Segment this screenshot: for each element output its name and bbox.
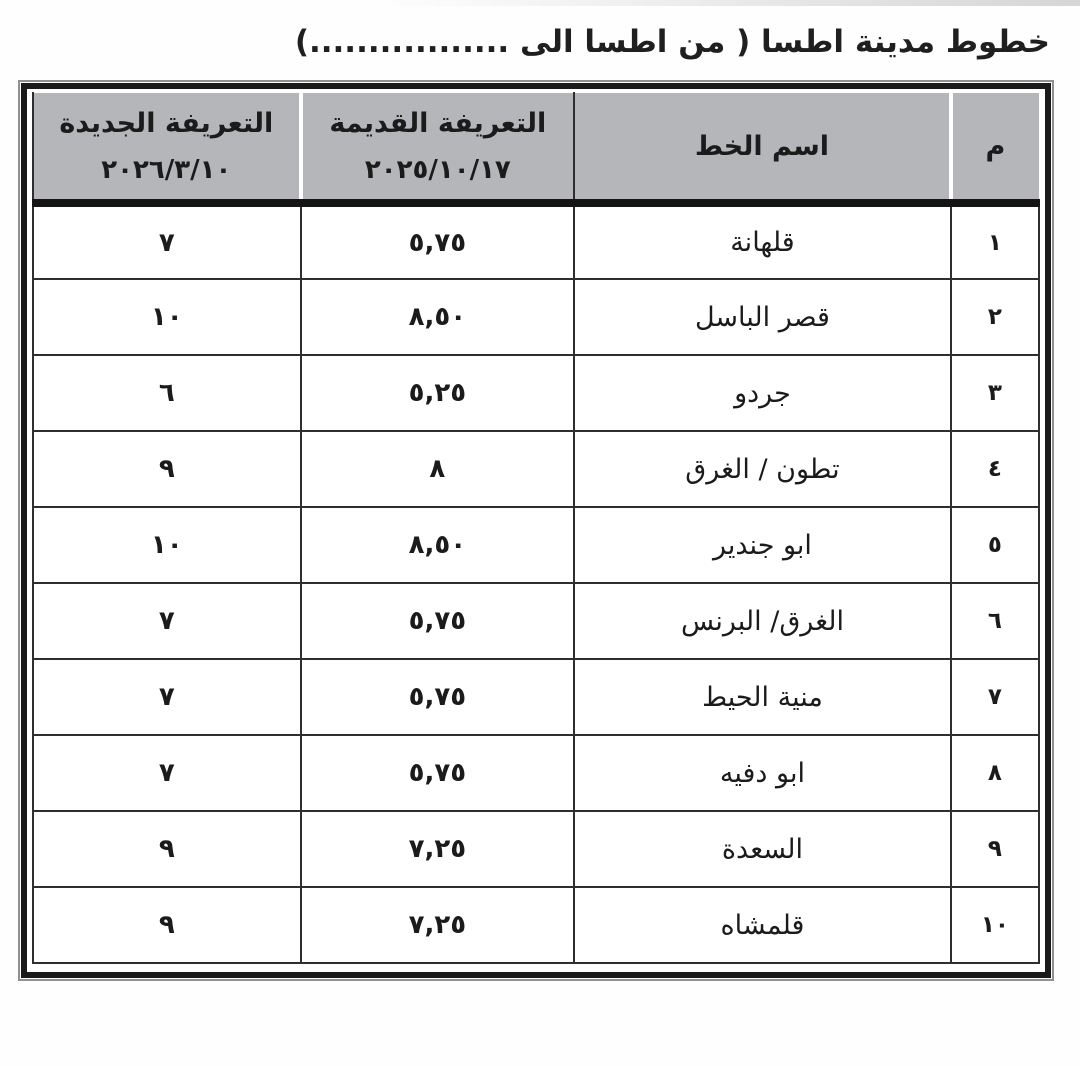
row-index-cell: ٦ xyxy=(951,583,1039,659)
new-tariff-cell: ١٠ xyxy=(33,507,301,583)
old-tariff-cell: ٥,٧٥ xyxy=(301,583,575,659)
table-row: ٢ قصر الباسل ٨,٥٠ ١٠ xyxy=(33,279,1039,355)
table-row: ١ قلهانة ٥,٧٥ ٧ xyxy=(33,203,1039,279)
line-name-cell: السعدة xyxy=(574,811,951,887)
new-tariff-cell: ٩ xyxy=(33,811,301,887)
tariff-table: م اسم الخط التعريفة القديمة ٢٠٢٥/١٠/١٧ ا… xyxy=(32,92,1040,964)
scan-artifact-streak xyxy=(0,0,1080,6)
row-index-cell: ١ xyxy=(951,203,1039,279)
old-tariff-cell: ٨,٥٠ xyxy=(301,279,575,355)
line-name-cell: الغرق/ البرنس xyxy=(574,583,951,659)
line-name-cell: قصر الباسل xyxy=(574,279,951,355)
row-index-cell: ٩ xyxy=(951,811,1039,887)
tariff-table-frame: م اسم الخط التعريفة القديمة ٢٠٢٥/١٠/١٧ ا… xyxy=(21,83,1051,978)
new-tariff-cell: ٦ xyxy=(33,355,301,431)
line-name-cell: قلمشاه xyxy=(574,887,951,963)
line-name-cell: ابو جندير xyxy=(574,507,951,583)
row-index-cell: ٣ xyxy=(951,355,1039,431)
table-body: ١ قلهانة ٥,٧٥ ٧ ٢ قصر الباسل ٨,٥٠ ١٠ ٣ ج… xyxy=(33,203,1039,963)
old-tariff-cell: ٥,٧٥ xyxy=(301,659,575,735)
table-row: ٣ جردو ٥,٢٥ ٦ xyxy=(33,355,1039,431)
table-row: ٨ ابو دفيه ٥,٧٥ ٧ xyxy=(33,735,1039,811)
old-tariff-cell: ٧,٢٥ xyxy=(301,811,575,887)
header-line-name: اسم الخط xyxy=(574,93,951,203)
old-tariff-cell: ٥,٧٥ xyxy=(301,203,575,279)
row-index-cell: ١٠ xyxy=(951,887,1039,963)
old-tariff-cell: ٥,٧٥ xyxy=(301,735,575,811)
row-index-cell: ٤ xyxy=(951,431,1039,507)
row-index-cell: ٧ xyxy=(951,659,1039,735)
old-tariff-cell: ٥,٢٥ xyxy=(301,355,575,431)
new-tariff-cell: ٩ xyxy=(33,431,301,507)
new-tariff-cell: ٩ xyxy=(33,887,301,963)
new-tariff-cell: ١٠ xyxy=(33,279,301,355)
header-new-tariff: التعريفة الجديدة ٢٠٢٦/٣/١٠ xyxy=(33,93,301,203)
row-index-cell: ٥ xyxy=(951,507,1039,583)
old-tariff-cell: ٨,٥٠ xyxy=(301,507,575,583)
table-row: ٥ ابو جندير ٨,٥٠ ١٠ xyxy=(33,507,1039,583)
tariff-table-outline: م اسم الخط التعريفة القديمة ٢٠٢٥/١٠/١٧ ا… xyxy=(18,80,1054,981)
line-name-cell: جردو xyxy=(574,355,951,431)
new-tariff-date: ٢٠٢٦/٣/١٠ xyxy=(101,155,231,185)
old-tariff-label: التعريفة القديمة xyxy=(329,108,546,139)
old-tariff-cell: ٨ xyxy=(301,431,575,507)
row-index-cell: ٨ xyxy=(951,735,1039,811)
row-index-cell: ٢ xyxy=(951,279,1039,355)
table-row: ٤ تطون / الغرق ٨ ٩ xyxy=(33,431,1039,507)
table-row: ٩ السعدة ٧,٢٥ ٩ xyxy=(33,811,1039,887)
line-name-cell: قلهانة xyxy=(574,203,951,279)
new-tariff-cell: ٧ xyxy=(33,583,301,659)
table-row: ١٠ قلمشاه ٧,٢٥ ٩ xyxy=(33,887,1039,963)
old-tariff-date: ٢٠٢٥/١٠/١٧ xyxy=(365,155,511,185)
new-tariff-cell: ٧ xyxy=(33,659,301,735)
header-old-tariff: التعريفة القديمة ٢٠٢٥/١٠/١٧ xyxy=(301,93,575,203)
document-title: خطوط مدينة اطسا ( من اطسا الى ..........… xyxy=(0,24,1050,60)
new-tariff-label: التعريفة الجديدة xyxy=(59,108,273,139)
line-name-cell: ابو دفيه xyxy=(574,735,951,811)
header-row: م اسم الخط التعريفة القديمة ٢٠٢٥/١٠/١٧ ا… xyxy=(33,93,1039,203)
line-name-cell: تطون / الغرق xyxy=(574,431,951,507)
table-row: ٦ الغرق/ البرنس ٥,٧٥ ٧ xyxy=(33,583,1039,659)
new-tariff-cell: ٧ xyxy=(33,735,301,811)
header-index: م xyxy=(951,93,1039,203)
new-tariff-cell: ٧ xyxy=(33,203,301,279)
old-tariff-cell: ٧,٢٥ xyxy=(301,887,575,963)
line-name-cell: منية الحيط xyxy=(574,659,951,735)
table-row: ٧ منية الحيط ٥,٧٥ ٧ xyxy=(33,659,1039,735)
